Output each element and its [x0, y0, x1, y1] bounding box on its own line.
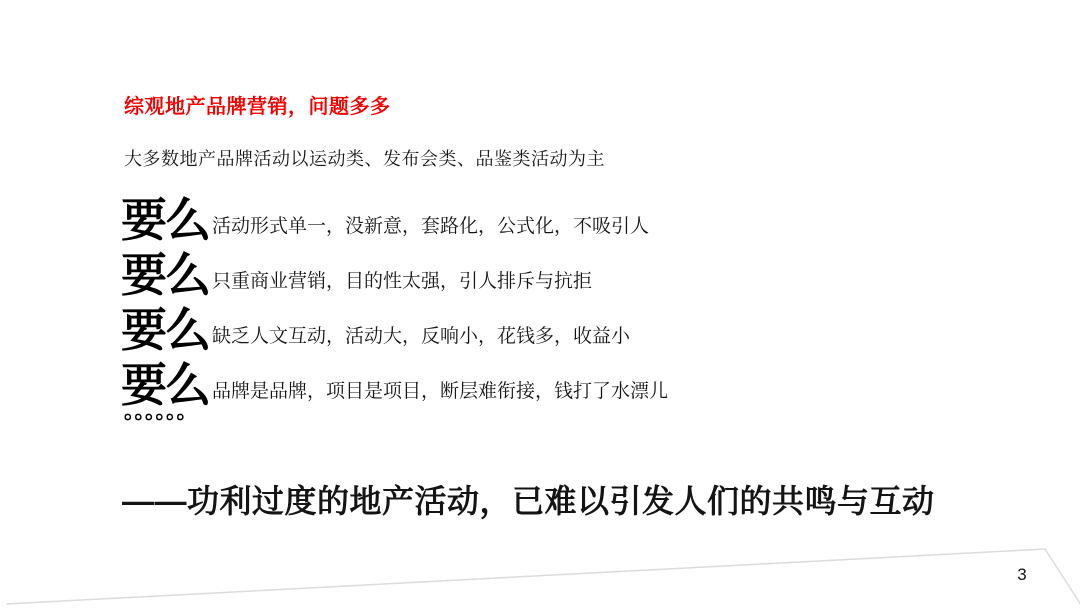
problem-item: 要么 活动形式单一，没新意，套路化，公式化，不吸引人: [121, 188, 668, 243]
problem-item: 要么 缺乏人文互动，活动大，反响小，花钱多，收益小: [121, 298, 668, 353]
ellipsis-dots: 。。。。。。: [124, 400, 198, 424]
problem-text: 活动形式单一，没新意，套路化，公式化，不吸引人: [212, 211, 649, 243]
presentation-slide: 综观地产品牌营销，问题多多 大多数地产品牌活动以运动类、发布会类、品鉴类活动为主…: [0, 0, 1080, 608]
problem-item: 要么 只重商业营销，目的性太强，引人排斥与抗拒: [121, 243, 668, 298]
slide-subtitle: 大多数地产品牌活动以运动类、发布会类、品鉴类活动为主: [124, 145, 605, 171]
problem-text: 只重商业营销，目的性太强，引人排斥与抗拒: [212, 266, 592, 298]
problem-prefix: 要么: [121, 198, 209, 243]
slide-heading: 综观地产品牌营销，问题多多: [124, 90, 391, 119]
page-number: 3: [1010, 565, 1034, 585]
problem-item: 要么 品牌是品牌，项目是项目，断层难衔接，钱打了水漂儿: [121, 353, 668, 408]
problem-prefix: 要么: [121, 308, 209, 353]
decor-line: [0, 538, 1080, 608]
problem-text: 品牌是品牌，项目是项目，断层难衔接，钱打了水漂儿: [212, 376, 668, 408]
problem-list: 要么 活动形式单一，没新意，套路化，公式化，不吸引人 要么 只重商业营销，目的性…: [121, 188, 668, 408]
problem-prefix: 要么: [121, 253, 209, 298]
conclusion-text: ——功利过度的地产活动，已难以引发人们的共鸣与互动: [122, 476, 935, 522]
problem-text: 缺乏人文互动，活动大，反响小，花钱多，收益小: [212, 321, 630, 353]
